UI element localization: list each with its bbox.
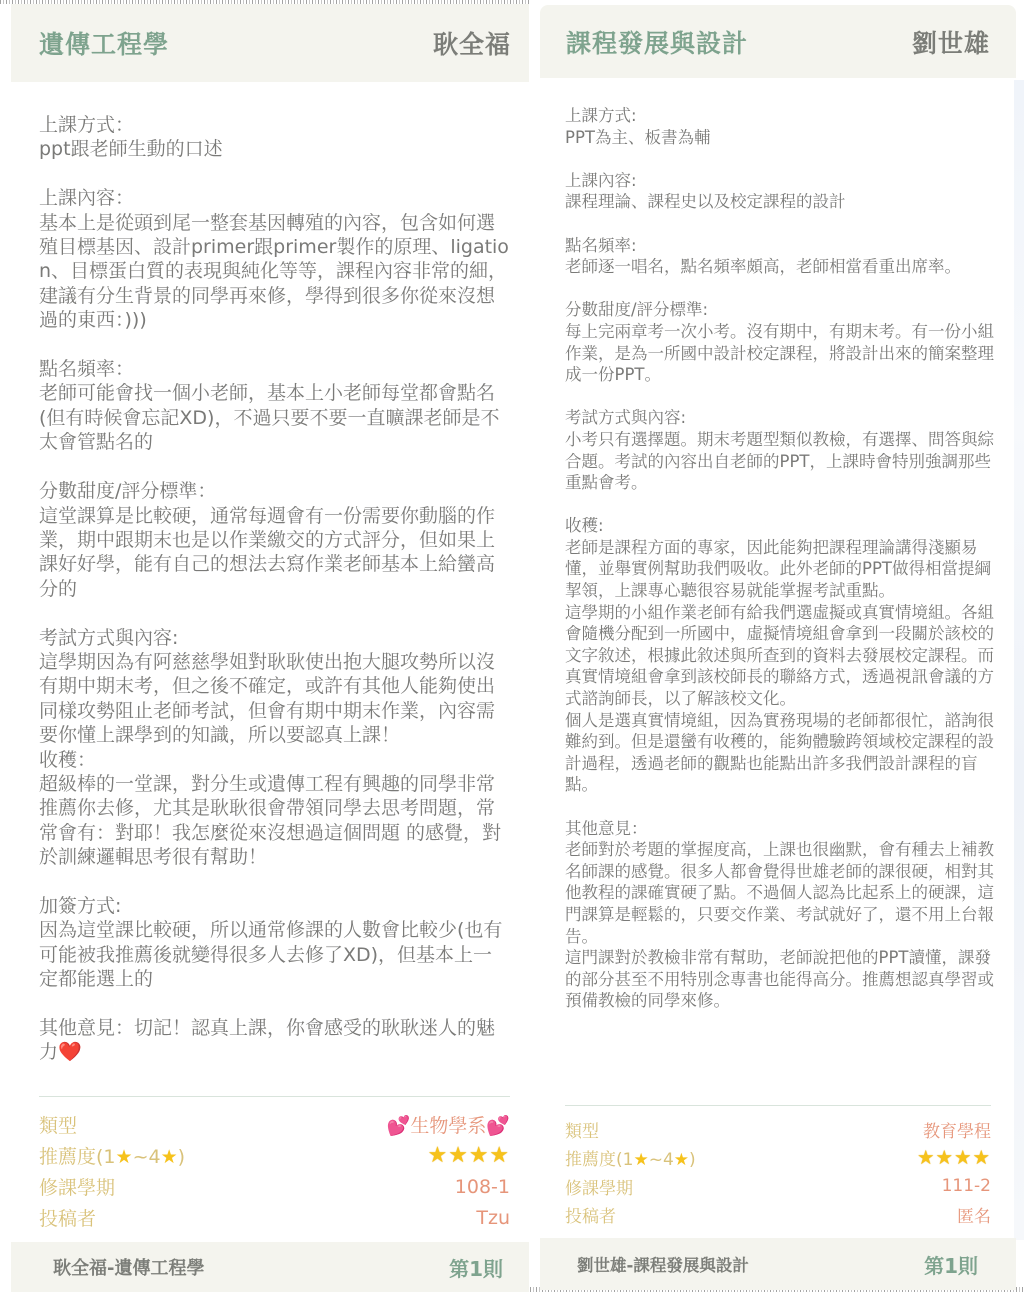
card-header: 課程發展與設計 劉世雄 [540,5,1016,78]
author-value: 匿名 [957,1202,991,1227]
teacher-name: 劉世雄 [912,24,990,60]
course-title: 遺傳工程學 [39,25,169,61]
semester-label: 修課學期 [565,1174,633,1199]
review-card-curriculum-design: 課程發展與設計 劉世雄 上課方式: PPT為主、板書為輔 上課內容: 課程理論、… [540,5,1016,1287]
review-body: 上課方式： ppt跟老師生動的口述 上課內容： 基本上是從頭到尾一整套基因轉殖的… [39,113,509,1065]
meta-row-semester: 修課學期 108-1 [39,1171,510,1202]
rating-stars-icon: ★★★★ [428,1143,510,1168]
rating-label-mid: ~4 [133,1146,161,1168]
meta-row-rating: 推薦度(1★~4★) ★★★★ [39,1140,510,1171]
semester-value: 111-2 [942,1176,991,1196]
rating-label: 推薦度(1★~4★) [39,1142,185,1169]
author-label: 投稿者 [39,1204,96,1231]
review-meta: 類型 教育學程 推薦度(1★~4★) ★★★★ 修課學期 111-2 投稿者 匿… [565,1115,991,1229]
meta-row-semester: 修課學期 111-2 [565,1172,991,1201]
card-footer: 劉世雄-課程發展與設計 第1則 [540,1238,1016,1290]
type-label: 類型 [39,1111,77,1138]
post-index: 第1則 [449,1253,503,1282]
star-icon: ★ [674,1150,689,1170]
meta-row-rating: 推薦度(1★~4★) ★★★★ [565,1144,991,1173]
semester-value: 108-1 [455,1176,510,1198]
review-card-genetic-engineering: 遺傳工程學 耿全福 上課方式： ppt跟老師生動的口述 上課內容： 基本上是從頭… [11,4,529,1292]
course-title: 課程發展與設計 [566,24,748,60]
meta-row-author: 投稿者 匿名 [565,1201,991,1230]
type-label: 類型 [565,1117,599,1142]
footer-title: 耿全福-遺傳工程學 [53,1254,204,1280]
footer-title: 劉世雄-課程發展與設計 [577,1252,749,1276]
rating-label-prefix: 推薦度(1 [39,1146,116,1168]
review-meta: 類型 💕生物學系💕 推薦度(1★~4★) ★★★★ 修課學期 108-1 投稿者… [39,1109,510,1233]
divider [39,1096,510,1097]
meta-row-author: 投稿者 Tzu [39,1202,510,1233]
author-label: 投稿者 [565,1202,616,1227]
teacher-name: 耿全福 [433,25,511,61]
meta-row-type: 類型 💕生物學系💕 [39,1109,510,1140]
card-header: 遺傳工程學 耿全福 [11,4,529,82]
rating-stars-icon: ★★★★ [917,1146,991,1169]
rating-label-mid: ~4 [649,1150,674,1170]
type-value: 教育學程 [923,1117,991,1142]
rating-label-suffix: ) [689,1150,696,1170]
card-footer: 耿全福-遺傳工程學 第1則 [11,1242,529,1292]
rating-label-prefix: 推薦度(1 [565,1150,633,1170]
semester-label: 修課學期 [39,1173,115,1200]
type-value: 💕生物學系💕 [387,1111,510,1138]
star-icon: ★ [116,1146,133,1168]
author-value: Tzu [476,1207,510,1229]
star-icon: ★ [161,1146,178,1168]
rating-label-suffix: ) [178,1146,185,1168]
course-review-collage: 遺傳工程學 耿全福 上課方式： ppt跟老師生動的口述 上課內容： 基本上是從頭… [0,0,1024,1292]
divider [565,1105,991,1106]
review-body: 上課方式: PPT為主、板書為輔 上課內容: 課程理論、課程史以及校定課程的設計… [565,105,995,1012]
rating-label: 推薦度(1★~4★) [565,1145,696,1170]
post-index: 第1則 [924,1250,978,1279]
star-icon: ★ [633,1150,648,1170]
meta-row-type: 類型 教育學程 [565,1115,991,1144]
